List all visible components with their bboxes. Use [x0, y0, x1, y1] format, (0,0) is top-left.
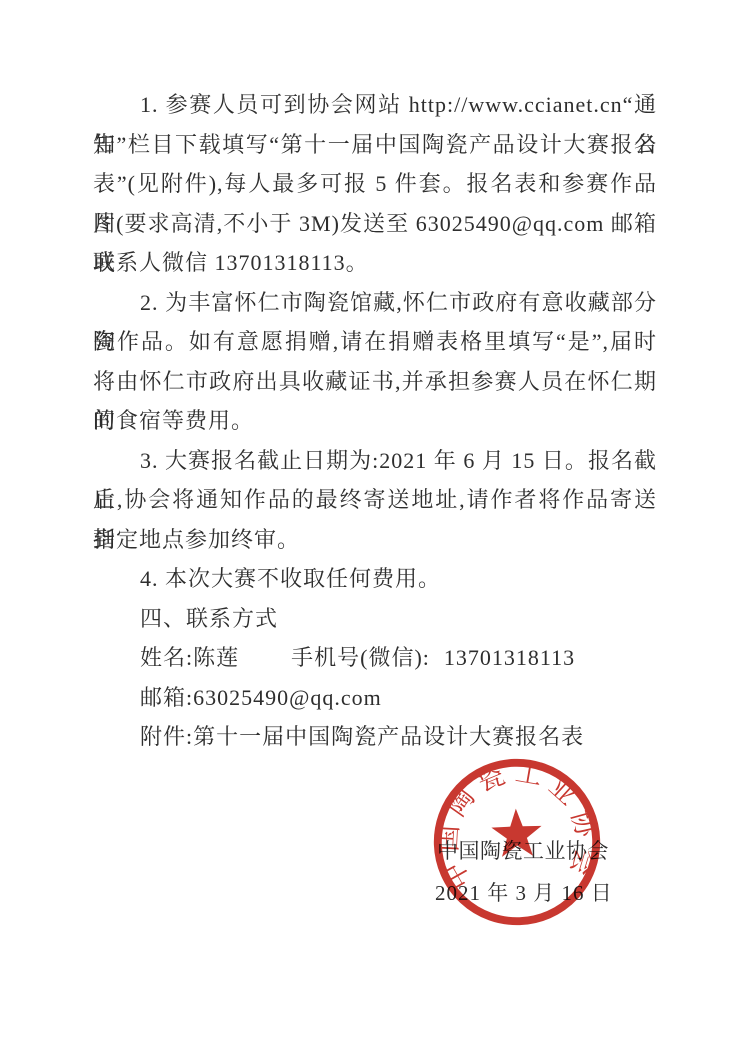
contact-email-label: 邮箱:: [140, 685, 193, 710]
document-page: 1. 参赛人员可到协会网站 http://www.ccianet.cn“通知公 …: [0, 0, 750, 1061]
contact-phone-value: 13701318113: [444, 645, 575, 670]
contact-name-label: 姓名:: [140, 645, 193, 670]
paragraph-1-line-5: 联系人微信 13701318113。: [93, 243, 657, 283]
contact-email-line: 邮箱:63025490@qq.com: [93, 678, 657, 718]
contact-email-value: 63025490@qq.com: [193, 685, 382, 710]
attachment-line: 附件:第十一届中国陶瓷产品设计大赛报名表: [93, 717, 657, 757]
paragraph-1-line-2: 告”栏目下载填写“第十一届中国陶瓷产品设计大赛报名: [93, 125, 657, 165]
paragraph-1-line-1: 1. 参赛人员可到协会网站 http://www.ccianet.cn“通知公: [93, 85, 657, 125]
paragraph-2-line-4: 的食宿等费用。: [93, 401, 657, 441]
contact-phone-label: 手机号(微信):: [291, 645, 430, 670]
paragraph-3-line-3: 指定地点参加终审。: [93, 520, 657, 560]
contact-name-line: 姓名:陈莲手机号(微信):13701318113: [93, 638, 657, 678]
paragraph-3-line-2: 后,协会将通知作品的最终寄送地址,请作者将作品寄送到: [93, 480, 657, 520]
paragraph-3-line-1: 3. 大赛报名截止日期为:2021 年 6 月 15 日。报名截止: [93, 441, 657, 481]
document-body: 1. 参赛人员可到协会网站 http://www.ccianet.cn“通知公 …: [93, 85, 657, 757]
paragraph-1-line-4: 片(要求高清,不小于 3M)发送至 63025490@qq.com 邮箱或: [93, 204, 657, 244]
paragraph-2-line-2: 瓷作品。如有意愿捐赠,请在捐赠表格里填写“是”,届时: [93, 322, 657, 362]
paragraph-1-line-3: 表”(见附件),每人最多可报 5 件套。报名表和参赛作品图: [93, 164, 657, 204]
seal-star-icon: [491, 808, 543, 858]
attachment-value: 第十一届中国陶瓷产品设计大赛报名表: [193, 724, 584, 749]
official-seal-stamp: 中国陶瓷工业协会: [426, 751, 608, 933]
paragraph-2-line-3: 将由怀仁市政府出具收藏证书,并承担参赛人员在怀仁期间: [93, 362, 657, 402]
attachment-label: 附件:: [140, 724, 193, 749]
seal-graphic: 中国陶瓷工业协会: [426, 751, 608, 933]
paragraph-4-line-1: 4. 本次大赛不收取任何费用。: [93, 559, 657, 599]
contact-name-value: 陈莲: [193, 645, 239, 670]
section-heading-contact: 四、联系方式: [93, 599, 657, 639]
paragraph-2-line-1: 2. 为丰富怀仁市陶瓷馆藏,怀仁市政府有意收藏部分陶: [93, 283, 657, 323]
